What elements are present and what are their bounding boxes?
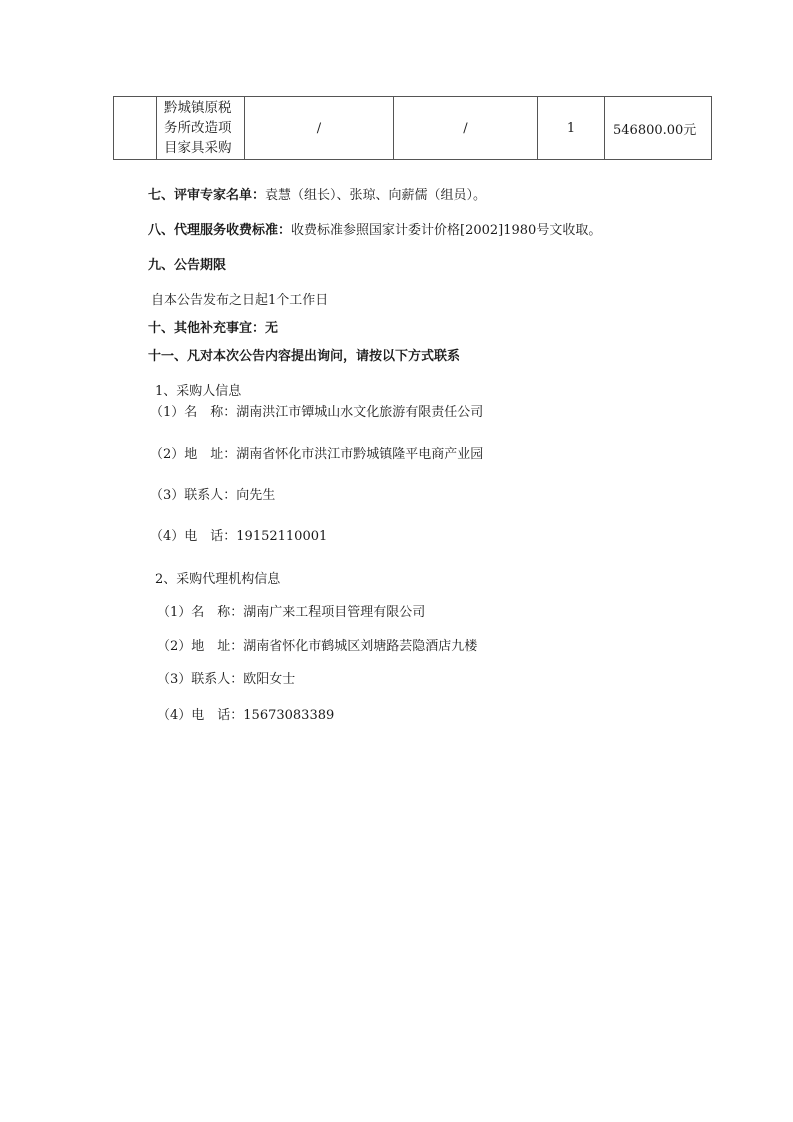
agency-name: （1）名 称：湖南广来工程项目管理有限公司 xyxy=(157,601,425,620)
purchaser-contact: （3）联系人：向先生 xyxy=(150,484,275,503)
spec-cell: / xyxy=(245,97,394,160)
purchaser-phone: （4）电 话：19152110001 xyxy=(150,525,327,544)
other-line: 十、其他补充事宜：无 xyxy=(148,317,278,336)
amount-cell: 546800.00元 xyxy=(605,97,712,160)
unit-cell: / xyxy=(394,97,538,160)
agency-address: （2）地 址：湖南省怀化市鹤城区刘塘路芸隐酒店九楼 xyxy=(157,635,477,654)
procurement-table: 黔城镇原税 务所改造项 目家具采购 / / 1 546800.00元 xyxy=(113,96,712,160)
quantity-cell: 1 xyxy=(538,97,605,160)
agency-contact: （3）联系人：欧阳女士 xyxy=(157,668,295,687)
agency-heading: 2、采购代理机构信息 xyxy=(155,568,280,587)
fee-line: 八、代理服务收费标准：收费标准参照国家计委计价格[2002]1980号文收取。 xyxy=(148,219,601,238)
item-name-line: 务所改造项 xyxy=(164,118,244,138)
item-name-cell: 黔城镇原税 务所改造项 目家具采购 xyxy=(157,97,245,160)
experts-label: 七、评审专家名单： xyxy=(148,188,265,203)
other-value: 无 xyxy=(265,321,278,336)
purchaser-address: （2）地 址：湖南省怀化市洪江市黔城镇隆平电商产业园 xyxy=(150,443,483,462)
item-name-line: 黔城镇原税 xyxy=(164,98,244,118)
period-value: 自本公告发布之日起1个工作日 xyxy=(151,289,328,308)
period-heading: 九、公告期限 xyxy=(148,254,226,273)
table-row: 黔城镇原税 务所改造项 目家具采购 / / 1 546800.00元 xyxy=(114,97,712,160)
experts-value: 袁慧（组长）、张琼、向薪儒（组员）。 xyxy=(265,188,486,203)
purchaser-heading: 1、采购人信息 xyxy=(155,380,241,399)
fee-value: 收费标准参照国家计委计价格[2002]1980号文收取。 xyxy=(291,223,601,238)
agency-phone: （4）电 话：15673083389 xyxy=(157,704,334,723)
other-label: 十、其他补充事宜： xyxy=(148,321,265,336)
experts-line: 七、评审专家名单：袁慧（组长）、张琼、向薪儒（组员）。 xyxy=(148,184,486,203)
contact-heading: 十一、凡对本次公告内容提出询问，请按以下方式联系 xyxy=(148,345,460,364)
fee-label: 八、代理服务收费标准： xyxy=(148,223,291,238)
purchaser-name: （1）名 称：湖南洪江市镡城山水文化旅游有限责任公司 xyxy=(150,401,483,420)
index-cell xyxy=(114,97,157,160)
item-name-line: 目家具采购 xyxy=(164,138,244,158)
